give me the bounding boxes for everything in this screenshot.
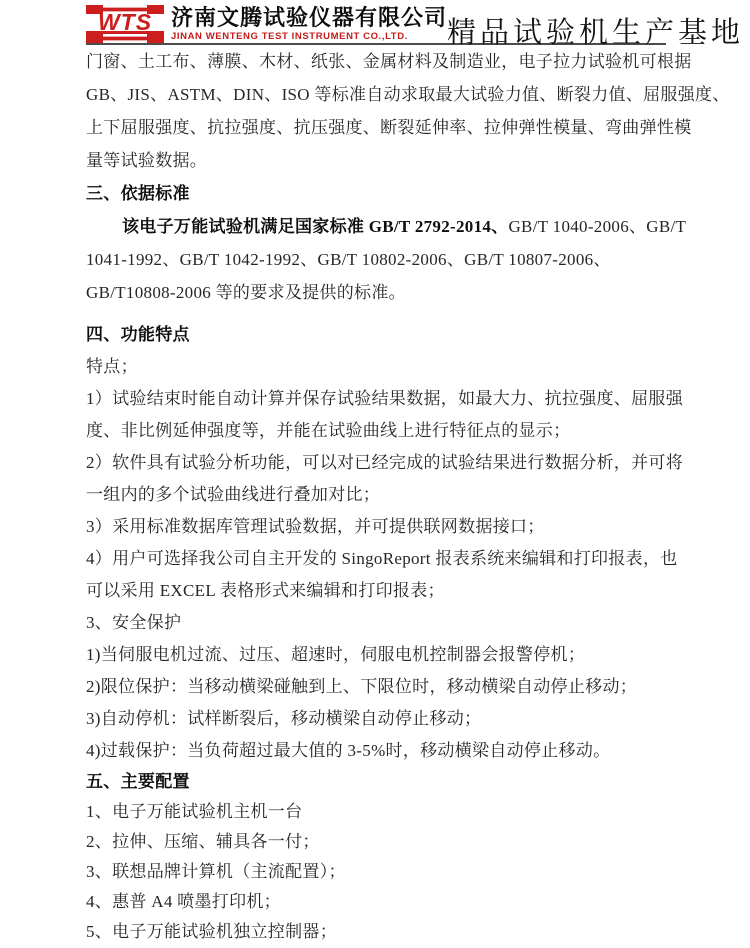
text-line: 量等试验数据。 — [86, 144, 666, 177]
text-line: 1041-1992、GB/T 1042-1992、GB/T 10802-2006… — [86, 243, 666, 276]
section-heading: 四、功能特点 — [86, 319, 666, 351]
text-line: 上下屈服强度、抗拉强度、抗压强度、断裂延伸率、拉伸弹性模量、弯曲弹性模 — [86, 111, 666, 144]
text-line: 3)自动停机：试样断裂后，移动横梁自动停止移动； — [86, 703, 666, 735]
page-header: WTS 济南文腾试验仪器有限公司 JINAN WENTENG TEST INST… — [86, 0, 666, 45]
paragraph-spacer — [86, 309, 666, 319]
list-item: 1、电子万能试验机主机一台 — [86, 797, 666, 827]
section-heading: 五、主要配置 — [86, 767, 666, 797]
text-line: 2）软件具有试验分析功能，可以对已经完成的试验结果进行数据分析，并可将 — [86, 447, 666, 479]
text-line: GB、JIS、ASTM、DIN、ISO 等标准自动求取最大试验力值、断裂力值、屈… — [86, 78, 666, 111]
list-item: 5、电子万能试验机独立控制器； — [86, 917, 666, 947]
logo-text: WTS — [86, 14, 164, 34]
section-standards: 三、依据标准 该电子万能试验机满足国家标准 GB/T 2792-2014、GB/… — [86, 177, 666, 309]
list-item: 3、联想品牌计算机（主流配置）； — [86, 857, 666, 887]
list-item: 2、拉伸、压缩、辅具各一付； — [86, 827, 666, 857]
section-features: 四、功能特点 特点； 1）试验结束时能自动计算并保存试验结果数据，如最大力、抗拉… — [86, 319, 666, 767]
text-line: 度、非比例延伸强度等，并能在试验曲线上进行特征点的显示； — [86, 415, 666, 447]
document-page: WTS 济南文腾试验仪器有限公司 JINAN WENTENG TEST INST… — [0, 0, 750, 948]
text-line: 一组内的多个试验曲线进行叠加对比； — [86, 479, 666, 511]
standards-lead-bold: 该电子万能试验机满足国家标准 GB/T 2792-2014、 — [122, 217, 508, 236]
document-body: 门窗、土工布、薄膜、木材、纸张、金属材料及制造业，电子拉力试验机可根据 GB、J… — [0, 45, 750, 947]
company-name-block: 济南文腾试验仪器有限公司 JINAN WENTENG TEST INSTRUME… — [171, 5, 447, 42]
text-line: 2)限位保护：当移动横梁碰触到上、下限位时，移动横梁自动停止移动； — [86, 671, 666, 703]
section-heading: 三、依据标准 — [86, 177, 666, 210]
text-line: 门窗、土工布、薄膜、木材、纸张、金属材料及制造业，电子拉力试验机可根据 — [86, 45, 666, 78]
text-line: 1）试验结束时能自动计算并保存试验结果数据，如最大力、抗拉强度、屈服强 — [86, 383, 666, 415]
standards-lead-rest: GB/T 1040-2006、GB/T — [508, 217, 686, 236]
specimen-bar-bottom-icon — [86, 34, 164, 43]
text-line: 4）用户可选择我公司自主开发的 SingoReport 报表系统来编辑和打印报表… — [86, 543, 666, 575]
text-line: 4)过载保护：当负荷超过最大值的 3-5%时，移动横梁自动停止移动。 — [86, 735, 666, 767]
text-line: 可以采用 EXCEL 表格形式来编辑和打印报表； — [86, 575, 666, 607]
section-configuration: 五、主要配置 1、电子万能试验机主机一台 2、拉伸、压缩、辅具各一付； 3、联想… — [86, 767, 666, 947]
list-item: 4、惠普 A4 喷墨打印机； — [86, 887, 666, 917]
company-logo: WTS — [86, 5, 164, 43]
text-line: GB/T10808-2006 等的要求及提供的标准。 — [86, 276, 666, 309]
intro-paragraph: 门窗、土工布、薄膜、木材、纸张、金属材料及制造业，电子拉力试验机可根据 GB、J… — [86, 45, 666, 177]
text-line: 3）采用标准数据库管理试验数据，并可提供联网数据接口； — [86, 511, 666, 543]
text-line: 特点； — [86, 351, 666, 383]
company-name-cn: 济南文腾试验仪器有限公司 — [171, 5, 447, 30]
text-line: 该电子万能试验机满足国家标准 GB/T 2792-2014、GB/T 1040-… — [86, 210, 666, 243]
text-line: 1)当伺服电机过流、过压、超速时，伺服电机控制器会报警停机； — [86, 639, 666, 671]
text-line: 3、安全保护 — [86, 607, 666, 639]
company-name-en: JINAN WENTENG TEST INSTRUMENT CO.,LTD. — [171, 31, 447, 42]
